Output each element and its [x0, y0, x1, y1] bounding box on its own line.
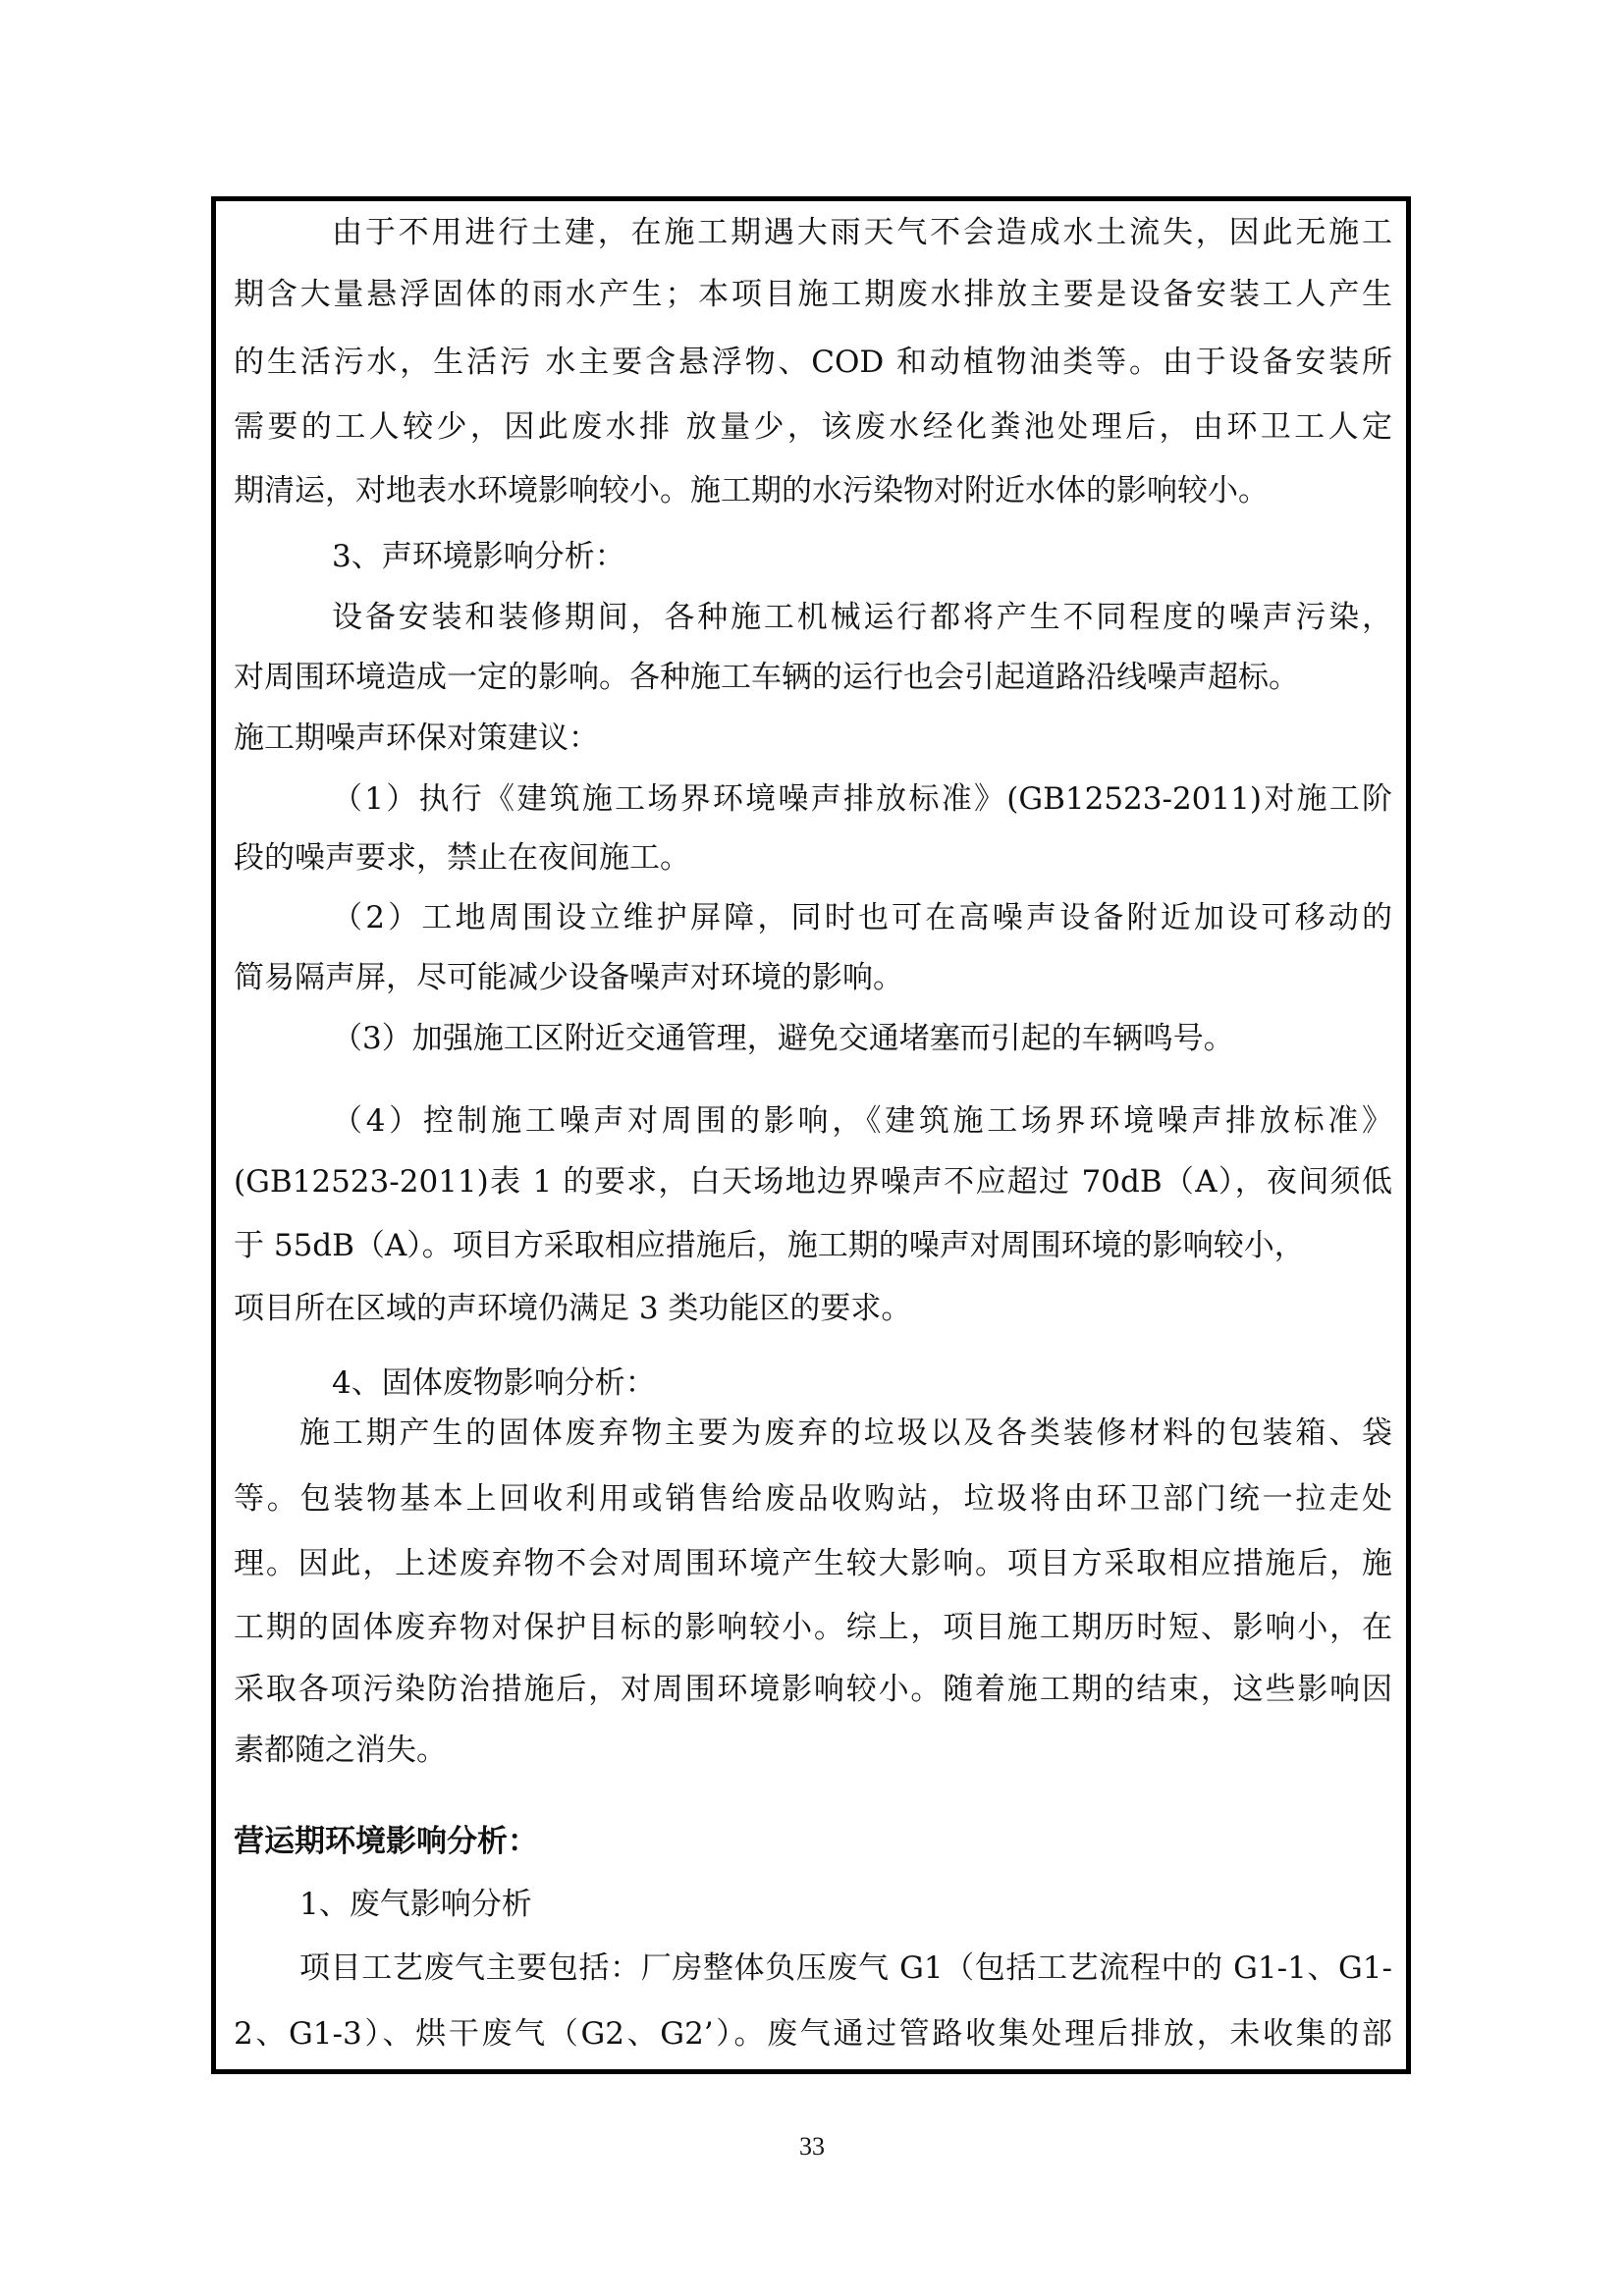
paragraph-line: 简易隔声屏，尽可能减少设备噪声对环境的影响。	[234, 958, 1392, 997]
paragraph-line: 需要的工人较少，因此废水排 放量少，该废水经化粪池处理后，由环卫工人定	[234, 407, 1392, 447]
paragraph-line: 于 55dB（A）。项目方采取相应措施后，施工期的噪声对周围环境的影响较小，	[234, 1226, 1392, 1265]
page-number: 33	[763, 2132, 861, 2162]
paragraph-line: 设备安装和装修期间，各种施工机械运行都将产生不同程度的噪声污染，	[332, 598, 1392, 637]
paragraph-line: 理。因此，上述废弃物不会对周围环境产生较大影响。项目方采取相应措施后，施	[234, 1544, 1392, 1583]
paragraph-line: 施工期噪声环保对策建议：	[234, 719, 1392, 758]
paragraph-line: 项目所在区域的声环境仍满足 3 类功能区的要求。	[234, 1289, 1392, 1328]
paragraph-line: 施工期产生的固体废弃物主要为废弃的垃圾以及各类装修材料的包装箱、袋	[299, 1414, 1392, 1453]
document-page: 由于不用进行土建，在施工期遇大雨天气不会造成水土流失，因此无施工 期含大量悬浮固…	[0, 0, 1624, 2296]
paragraph-line: 采取各项污染防治措施后，对周围环境影响较小。随着施工期的结束，这些影响因	[234, 1670, 1392, 1709]
list-item-3: （3）加强施工区附近交通管理，避免交通堵塞而引起的车辆鸣号。	[332, 1019, 1490, 1058]
paragraph-line: 项目工艺废气主要包括：厂房整体负压废气 G1（包括工艺流程中的 G1-1、G1-	[299, 1949, 1392, 1988]
paragraph-line: 工期的固体废弃物对保护目标的影响较小。综上，项目施工期历时短、影响小，在	[234, 1608, 1392, 1647]
paragraph-line: 等。包装物基本上回收利用或销售给废品收购站，垃圾将由环卫部门统一拉走处	[234, 1479, 1392, 1519]
list-item-2: （2）工地周围设立维护屏障，同时也可在高噪声设备附近加设可移动的	[332, 898, 1392, 937]
list-item-1: （1）执行《建筑施工场界环境噪声排放标准》(GB12523-2011)对施工阶	[332, 779, 1392, 819]
paragraph-line: (GB12523-2011)表 1 的要求，白天场地边界噪声不应超过 70dB（…	[234, 1162, 1392, 1201]
section-heading-operation-phase: 营运期环境影响分析：	[234, 1822, 1392, 1861]
paragraph-line: 段的噪声要求，禁止在夜间施工。	[234, 838, 1392, 878]
paragraph-line: 的生活污水，生活污 水主要含悬浮物、COD 和动植物油类等。由于设备安装所	[234, 343, 1392, 382]
paragraph-line: 素都随之消失。	[234, 1731, 1392, 1770]
paragraph-line: 期含大量悬浮固体的雨水产生；本项目施工期废水排放主要是设备安装工人产生	[234, 275, 1392, 314]
subsection-heading-exhaust: 1、废气影响分析	[299, 1885, 1458, 1924]
paragraph-line: 由于不用进行土建，在施工期遇大雨天气不会造成水土流失，因此无施工	[332, 213, 1392, 252]
list-item-4: （4）控制施工噪声对周围的影响，《建筑施工场界环境噪声排放标准》	[332, 1101, 1392, 1141]
paragraph-line: 对周围环境造成一定的影响。各种施工车辆的运行也会引起道路沿线噪声超标。	[234, 658, 1392, 697]
section-heading-noise: 3、声环境影响分析：	[332, 537, 1490, 576]
paragraph-line: 2、G1-3）、烘干废气（G2、G2’）。废气通过管路收集处理后排放，未收集的部	[234, 2014, 1392, 2054]
paragraph-line: 期清运，对地表水环境影响较小。施工期的水污染物对附近水体的影响较小。	[234, 471, 1392, 510]
section-heading-solid-waste: 4、固体废物影响分析：	[332, 1363, 1490, 1403]
